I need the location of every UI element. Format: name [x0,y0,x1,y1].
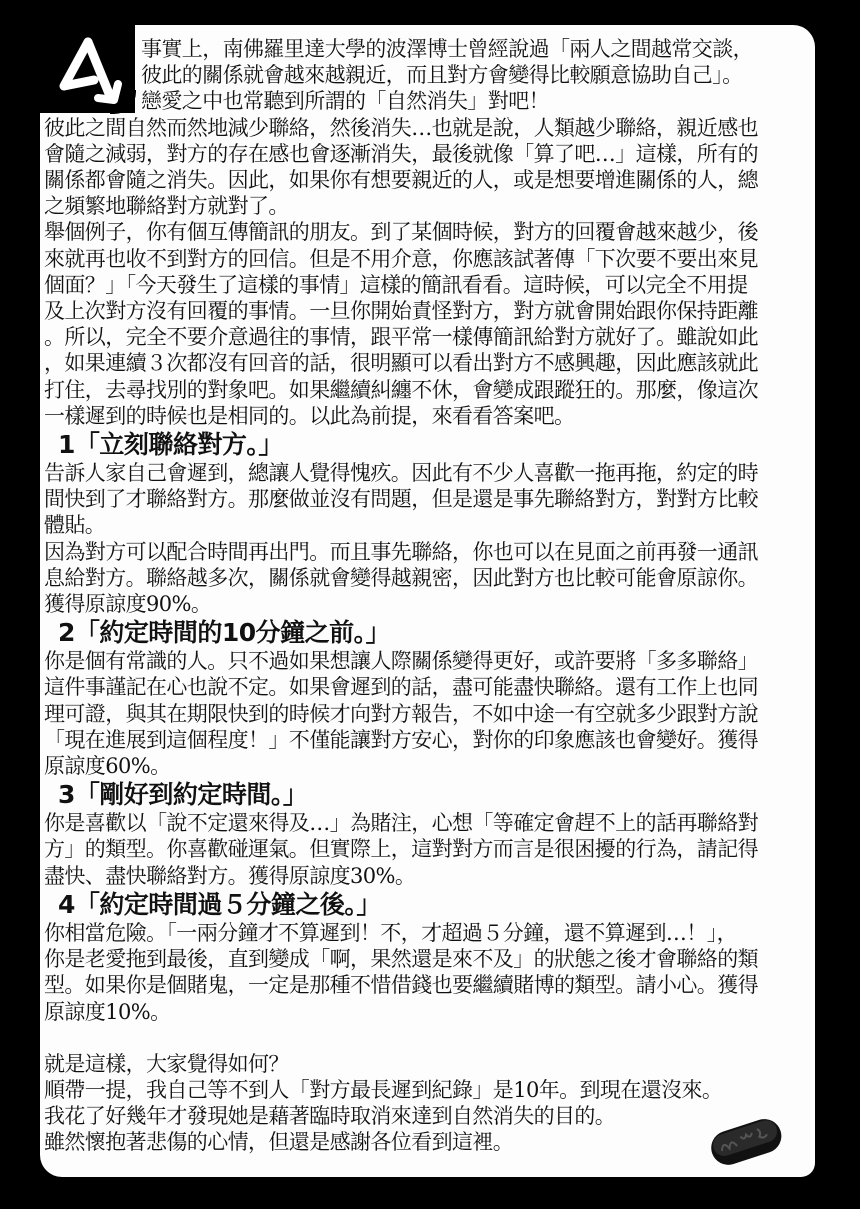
text-line: 因為對方可以配合時間再出門。而且事先聯絡，你也可以在見面之前再發一通訊 [44,539,814,565]
option-heading: 2「約定時間的10分鐘之前。」 [44,617,814,648]
text-line: 原諒度10%。 [44,999,814,1025]
text-line: 告訴人家自己會遲到，總讓人覺得愧疚。因此有不少人喜歡一拖再拖，約定的時 [44,460,814,486]
text-line: 會隨之減弱，對方的存在感也會逐漸消失，最後就像「算了吧…」這樣，所有的 [44,141,814,167]
text-line: 間快到了才聯絡對方。那麼做並沒有問題，但是還是事先聯絡對方，對對方比較 [44,486,814,512]
text-line: 戀愛之中也常聽到所謂的「自然消失」對吧！ [44,88,814,114]
closing-paragraph: 就是這樣，大家覺得如何？ 順帶一提，我自己等不到人「對方最長遲到紀錄」是10年。… [44,1051,814,1156]
text-line: 彼此之間自然而然地減少聯絡，然後消失…也就是說，人類越少聯絡，親近感也 [44,115,814,141]
option-heading: 4「約定時間過５分鐘之後。」 [44,889,814,920]
intro-paragraph: 事實上，南佛羅里達大學的波澤博士曾經說過「兩人之間越常交談， 彼此的關係就會越來… [44,36,814,115]
text-line: 方」的類型。你喜歡碰運氣。但實際上，這對對方而言是很困擾的行為，請記得 [44,836,814,862]
text-line: 我花了好幾年才發現她是藉著臨時取消來達到自然消失的目的。 [44,1103,814,1129]
text-line: 「現在進展到這個程度！」不僅能讓對方安心，對你的印象應該也會變好。獲得 [44,727,814,753]
text-line: 就是這樣，大家覺得如何？ [44,1051,814,1077]
text-line: 彼此的關係就會越來越親近，而且對方會變得比較願意協助自己」。 [44,62,814,88]
article-body: 事實上，南佛羅里達大學的波澤博士曾經說過「兩人之間越常交談， 彼此的關係就會越來… [44,36,814,1156]
text-line: 順帶一提，我自己等不到人「對方最長遲到紀錄」是10年。到現在還沒來。 [44,1077,814,1103]
text-line: 理可證，與其在期限快到的時候才向對方報告，不如中途一有空就多少跟對方說 [44,701,814,727]
text-line: 舉個例子，你有個互傳簡訊的朋友。到了某個時候，對方的回覆會越來越少，後 [44,219,814,245]
paragraph-2: 舉個例子，你有個互傳簡訊的朋友。到了某個時候，對方的回覆會越來越少，後 來就再也… [44,219,814,429]
text-line: 這件事謹記在心也說不定。如果會遲到的話，盡可能盡快聯絡。還有工作上也同 [44,674,814,700]
option-heading: 1「立刻聯絡對方。」 [44,429,814,460]
text-line: 原諒度60%。 [44,753,814,779]
option-heading: 3「剛好到約定時間。」 [44,779,814,810]
paragraph-1: 彼此之間自然而然地減少聯絡，然後消失…也就是說，人類越少聯絡，親近感也 會隨之減… [44,115,814,220]
text-line: 獲得原諒度90%。 [44,591,814,617]
text-line: 體貼。 [44,512,814,538]
text-line: ，如果連續３次都沒有回音的話，很明顯可以看出對方不感興趣，因此應該就此 [44,350,814,376]
spacer [44,1025,814,1051]
text-line: 你相當危險。「一兩分鐘才不算遲到！不，才超過５分鐘，還不算遲到…！」， [44,920,814,946]
text-line: 關係都會隨之消失。因此，如果你有想要親近的人，或是想要增進關係的人，總 [44,167,814,193]
text-line: 你是喜歡以「說不定還來得及…」為賭注，心想「等確定會趕不上的話再聯絡對 [44,810,814,836]
text-line: 打住，去尋找別的對象吧。如果繼續糾纏不休，會變成跟蹤狂的。那麼，像這次 [44,377,814,403]
text-line: 息給對方。聯絡越多次，關係就會變得越親密，因此對方也比較可能會原諒你。 [44,565,814,591]
option-2: 2「約定時間的10分鐘之前。」 你是個有常識的人。只不過如果想讓人際關係變得更好… [44,617,814,779]
text-line: 盡快、盡快聯絡對方。獲得原諒度30%。 [44,863,814,889]
text-line: 及上次對方沒有回覆的事情。一旦你開始責怪對方，對方就會開始跟你保持距離 [44,298,814,324]
text-line: 你是老愛拖到最後，直到變成「啊，果然還是來不及」的狀態之後才會聯絡的類 [44,946,814,972]
sticker-logo-icon [706,1117,786,1165]
option-3: 3「剛好到約定時間。」 你是喜歡以「說不定還來得及…」為賭注，心想「等確定會趕不… [44,779,814,889]
text-line: 個面？」「今天發生了這樣的事情」這樣的簡訊看看。這時候，可以完全不用提 [44,272,814,298]
text-line: 一樣遲到的時候也是相同的。以此為前提，來看看答案吧。 [44,403,814,429]
text-line: 雖然懷抱著悲傷的心情，但還是感謝各位看到這裡。 [44,1129,814,1155]
text-line: 之頻繁地聯絡對方就對了。 [44,193,814,219]
text-line: 來就再也收不到對方的回信。但是不用介意，你應該試著傳「下次要不要出來見 [44,246,814,272]
text-line: 型。如果你是個賭鬼，一定是那種不惜借錢也要繼續賭博的類型。請小心。獲得 [44,972,814,998]
text-line: 你是個有常識的人。只不過如果想讓人際關係變得更好，或許要將「多多聯絡」 [44,648,814,674]
text-line: 事實上，南佛羅里達大學的波澤博士曾經說過「兩人之間越常交談， [44,36,814,62]
text-line: 。所以，完全不要介意過往的事情，跟平常一樣傳簡訊給對方就好了。雖說如此 [44,324,814,350]
option-1: 1「立刻聯絡對方。」 告訴人家自己會遲到，總讓人覺得愧疚。因此有不少人喜歡一拖再… [44,429,814,617]
option-4: 4「約定時間過５分鐘之後。」 你相當危險。「一兩分鐘才不算遲到！不，才超過５分鐘… [44,889,814,1025]
